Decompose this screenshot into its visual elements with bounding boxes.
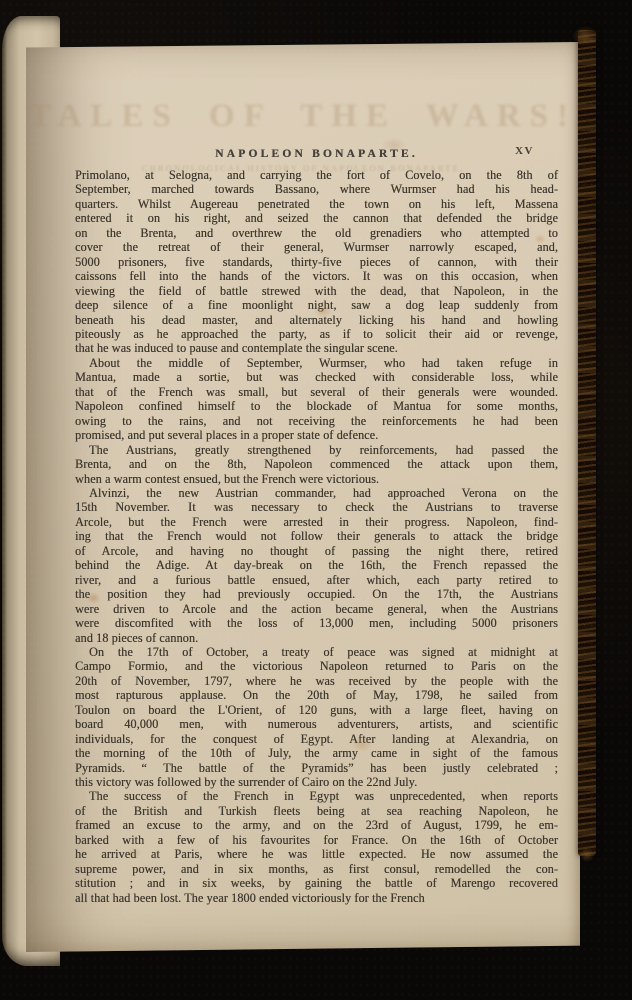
text-line: Arcole, but the French were arrested in … (75, 515, 558, 529)
text-line: ing that the French would not follow the… (75, 529, 558, 543)
text-line: Primolano, at Selogna, and carrying the … (75, 168, 558, 182)
text-line: the position they had previously occupie… (75, 587, 558, 601)
text-line: Campo Formio, and the victorious Napoleo… (75, 659, 558, 673)
text-line: on the Brenta, and overthrew the old gre… (75, 226, 558, 240)
text-line: were discomfited with the loss of 13,000… (75, 616, 558, 630)
text-line: deep silence of a fine moonlight night, … (75, 298, 558, 312)
text-line: About the middle of September, Wurmser, … (75, 356, 558, 370)
text-line: entered it on his right, and seized the … (75, 211, 558, 225)
text-line: when a warm contest ensued, but the Fren… (75, 472, 558, 486)
text-line: owing to the rains, and not receiving th… (75, 414, 558, 428)
text-line: framed an excuse to the army, and on the… (75, 818, 558, 832)
text-line: individuals, for the conquest of Egypt. … (75, 732, 558, 746)
text-line: most rapturous applause. On the 20th of … (75, 688, 558, 702)
text-line: On the 17th of October, a treaty of peac… (75, 645, 558, 659)
paragraph: The Austrians, greatly strengthened by r… (75, 443, 558, 486)
text-line: were driven to Arcole and the action bec… (75, 602, 558, 616)
book-page: TALES OF THE WARS! CHRONOLOGICAL HISTORY… (26, 42, 580, 952)
text-line: supreme power, and in six months, as fir… (75, 862, 558, 876)
text-line: Alvinzi, the new Austrian commander, had… (75, 486, 558, 500)
text-line: Brenta, and on the 8th, Napoleon commenc… (75, 457, 558, 471)
text-line: Pyramids. “ The battle of the Pyramids” … (75, 761, 558, 775)
text-line: viewing the field of battle strewed with… (75, 284, 558, 298)
text-line: 5000 prisoners, five standards, thirty-f… (75, 255, 558, 269)
text-line: of the British and Turkish fleets being … (75, 804, 558, 818)
paragraph: The success of the French in Egypt was u… (75, 789, 558, 905)
paragraph: Primolano, at Selogna, and carrying the … (75, 168, 558, 356)
text-line: behind the Adige. At day-break on the 16… (75, 558, 558, 572)
text-line: that he was induced to pause and contemp… (75, 341, 558, 355)
text-line: barked with a few of his favourites for … (75, 833, 558, 847)
text-line: this victory was followed by the surrend… (75, 775, 558, 789)
text-line: river, and a furious battle ensued, afte… (75, 573, 558, 587)
text-line: that of the French was small, but severa… (75, 385, 558, 399)
text-line: cover the retreat of their general, Wurm… (75, 240, 558, 254)
text-line: beneath his dead master, and alternately… (75, 313, 558, 327)
body-text: Primolano, at Selogna, and carrying the … (75, 168, 558, 905)
text-line: caissons fell into the hands of the vict… (75, 269, 558, 283)
running-header: NAPOLEON BONAPARTE. XV (75, 144, 558, 159)
paragraph: Alvinzi, the new Austrian commander, had… (75, 486, 558, 645)
page-number: XV (515, 145, 534, 157)
text-line: quarters. Whilst Augereau penetrated the… (75, 197, 558, 211)
text-line: 15th November. It was necessary to check… (75, 500, 558, 514)
text-line: September, marched towards Bassano, wher… (75, 182, 558, 196)
text-line: 20th of November, 1797, where he was rec… (75, 674, 558, 688)
text-line: piteously as he approached the party, as… (75, 327, 558, 341)
text-line: The success of the French in Egypt was u… (75, 789, 558, 803)
page-title: NAPOLEON BONAPARTE. (215, 148, 418, 160)
text-line: the morning of the 10th of July, the arm… (75, 746, 558, 760)
paragraph: About the middle of September, Wurmser, … (75, 356, 558, 443)
paragraph: On the 17th of October, a treaty of peac… (75, 645, 558, 790)
text-line: and 18 pieces of cannon. (75, 631, 558, 645)
text-line: board 40,000 men, with numerous adventur… (75, 717, 558, 731)
text-line: all that had been lost. The year 1800 en… (75, 891, 558, 905)
text-line: he arrived at Paris, where he was little… (75, 847, 558, 861)
text-line: Napoleon confined himself to the blockad… (75, 399, 558, 413)
book-photo: TALES OF THE WARS! CHRONOLOGICAL HISTORY… (0, 0, 632, 1000)
book-cover-edge (578, 30, 596, 856)
text-line: promised, and put several places in a pr… (75, 428, 558, 442)
text-line: stitution ; and in six weeks, by gaining… (75, 876, 558, 890)
text-line: Mantua, made a sortie, but was checked w… (75, 370, 558, 384)
text-line: Toulon on board the L'Orient, of 120 gun… (75, 703, 558, 717)
text-line: The Austrians, greatly strengthened by r… (75, 443, 558, 457)
show-through-title: TALES OF THE WARS! (26, 98, 580, 135)
text-line: of Arcole, and having no thought of pass… (75, 544, 558, 558)
